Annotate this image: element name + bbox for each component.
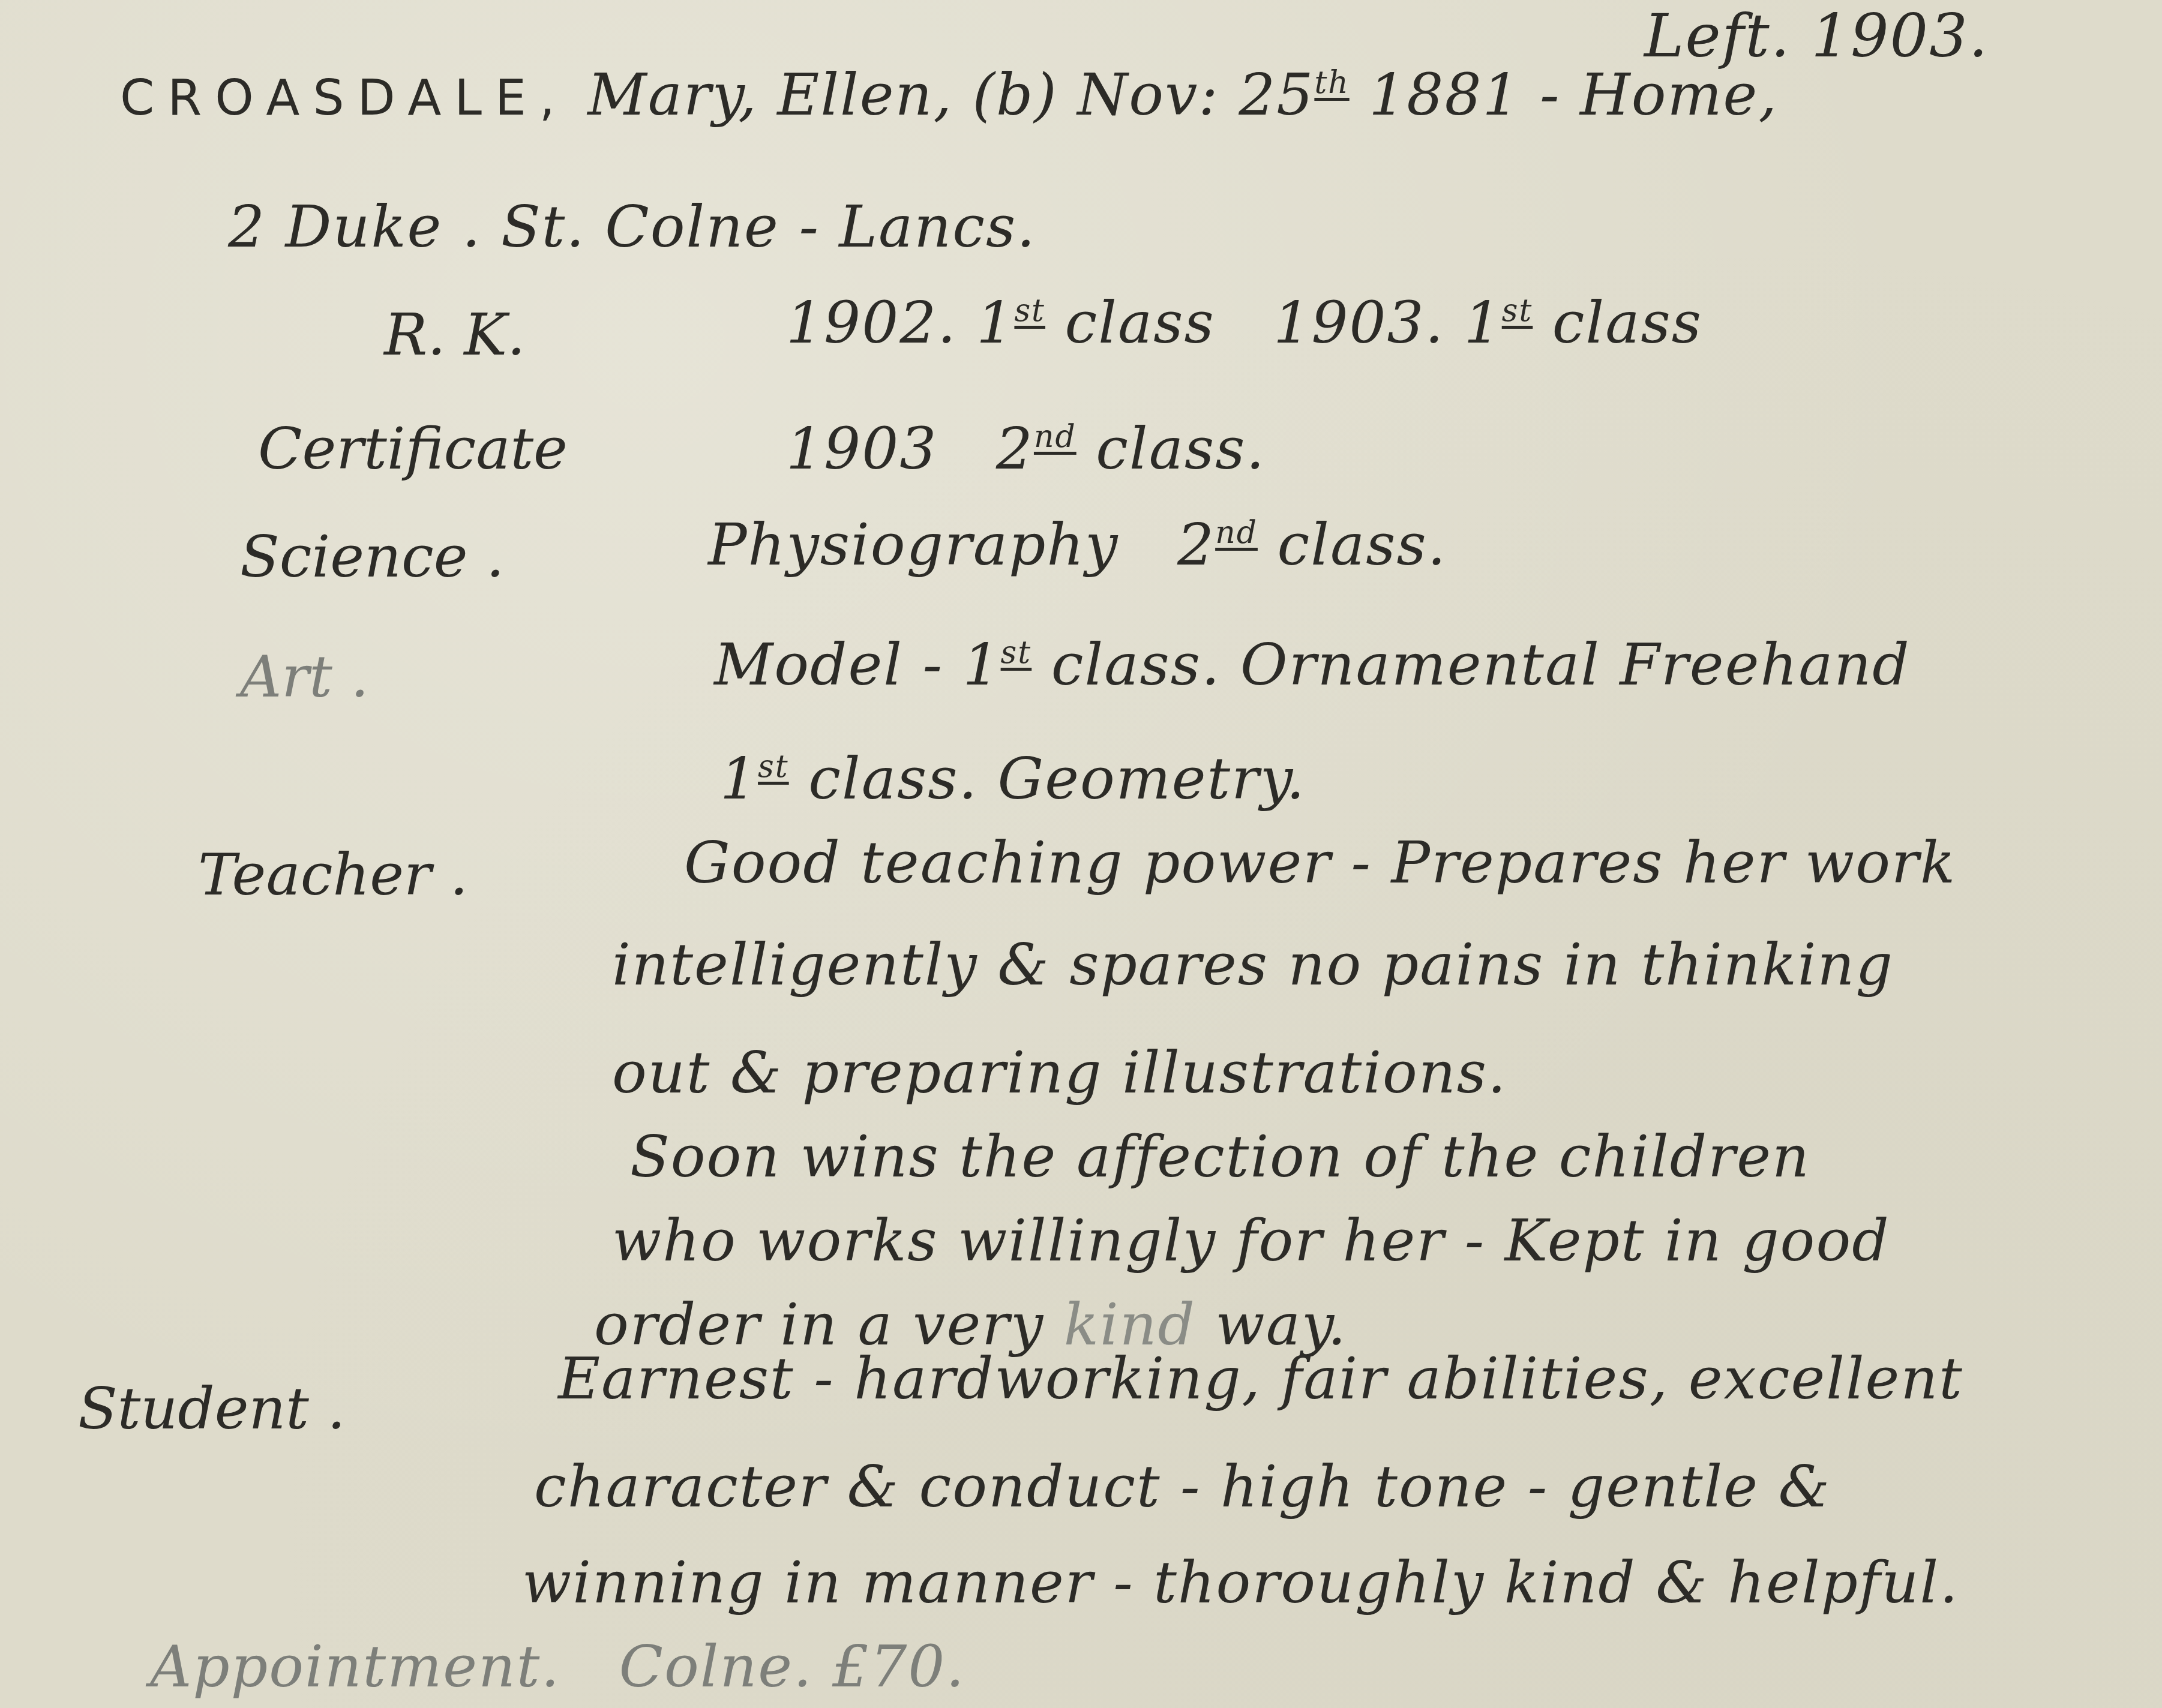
student-label: Student . (78, 1380, 346, 1437)
art-line2-ord: 1 (720, 745, 758, 812)
art-line-2: 1st class. Geometry. (720, 750, 1306, 808)
name-line: CROASDALE, Mary, Ellen, (b) Nov: 25th 18… (120, 66, 1778, 124)
science-class: class. (1277, 511, 1447, 578)
rk-entry2-year: 1903. (1273, 289, 1444, 356)
student-line-2: character & conduct - high tone - gentle… (534, 1458, 1831, 1515)
born-date-text: Nov: 25 (1077, 61, 1314, 128)
rk-entry2-ord: 1 (1464, 289, 1502, 356)
rk-entry1-year: 1902. (786, 289, 957, 356)
appointment-salary: £70. (832, 1633, 965, 1700)
art-label: Art . (240, 648, 369, 706)
certificate-class: class. (1096, 415, 1266, 482)
certificate-year: 1903 (786, 415, 937, 482)
certificate-label: Certificate (258, 420, 568, 478)
born-year-home: 1881 - Home, (1369, 61, 1778, 128)
teacher-line-4: Soon wins the affection of the children (630, 1128, 1810, 1185)
art-line2-sup: st (758, 749, 789, 785)
art-line1-ord: 1 (963, 631, 1001, 698)
rk-entry1-ord: 1 (976, 289, 1014, 356)
certificate-sup: nd (1034, 419, 1076, 455)
rk-entry2-class: class (1552, 289, 1702, 356)
teacher-line-5: who works willingly for her - Kept in go… (612, 1212, 1890, 1269)
surname: CROASDALE, (120, 70, 568, 127)
rk-entries: 1902. 1st class 1903. 1st class (786, 294, 1702, 352)
document-page: Left. 1903. CROASDALE, Mary, Ellen, (b) … (0, 0, 2162, 1708)
teacher-line-3: out & preparing illustrations. (612, 1044, 1507, 1101)
rk-label: R. K. (384, 306, 526, 364)
science-sup: nd (1215, 515, 1258, 551)
art-geometry: class. Geometry. (808, 745, 1306, 812)
science-ord: 2 (1177, 511, 1215, 578)
rk-entry1-sup: st (1014, 293, 1045, 329)
certificate-entry: 1903 2nd class. (786, 420, 1266, 478)
born-prefix: (b) (972, 61, 1057, 128)
teacher-line-1: Good teaching power - Prepares her work (684, 834, 1956, 891)
teacher-line-2: intelligently & spares no pains in think… (612, 936, 1894, 993)
art-line1-sup: st (1001, 635, 1032, 671)
born-date: Nov: 25th (1077, 61, 1349, 128)
address-line: 2 Duke . St. Colne - Lancs. (228, 198, 1036, 256)
art-model: Model - (714, 631, 943, 698)
certificate-ord: 2 (996, 415, 1034, 482)
science-subject: Physiography (708, 511, 1119, 578)
rk-entry2-sup: st (1502, 293, 1533, 329)
teacher-label: Teacher . (198, 846, 468, 903)
appointment-place: Colne. (619, 1633, 812, 1700)
student-line-3: winning in manner - thoroughly kind & he… (522, 1554, 1959, 1611)
science-entry: Physiography 2nd class. (708, 516, 1447, 574)
rk-entry1-class: class (1065, 289, 1215, 356)
art-line-1: Model - 1st class. Ornamental Freehand (714, 636, 1911, 694)
art-ornamental-freehand: class. Ornamental Freehand (1051, 631, 1911, 698)
appointment-label: Appointment. (150, 1633, 560, 1700)
born-date-suffix: th (1314, 65, 1349, 101)
left-date-note: Left. 1903. (1644, 6, 1989, 66)
appointment-line: Appointment. Colne. £70. (150, 1638, 965, 1695)
given-names: Mary, Ellen, (587, 61, 953, 128)
left-date-text: Left. 1903. (1644, 1, 1989, 71)
science-label: Science . (240, 528, 504, 586)
student-line-1: Earnest - hardworking, fair abilities, e… (558, 1350, 1963, 1407)
